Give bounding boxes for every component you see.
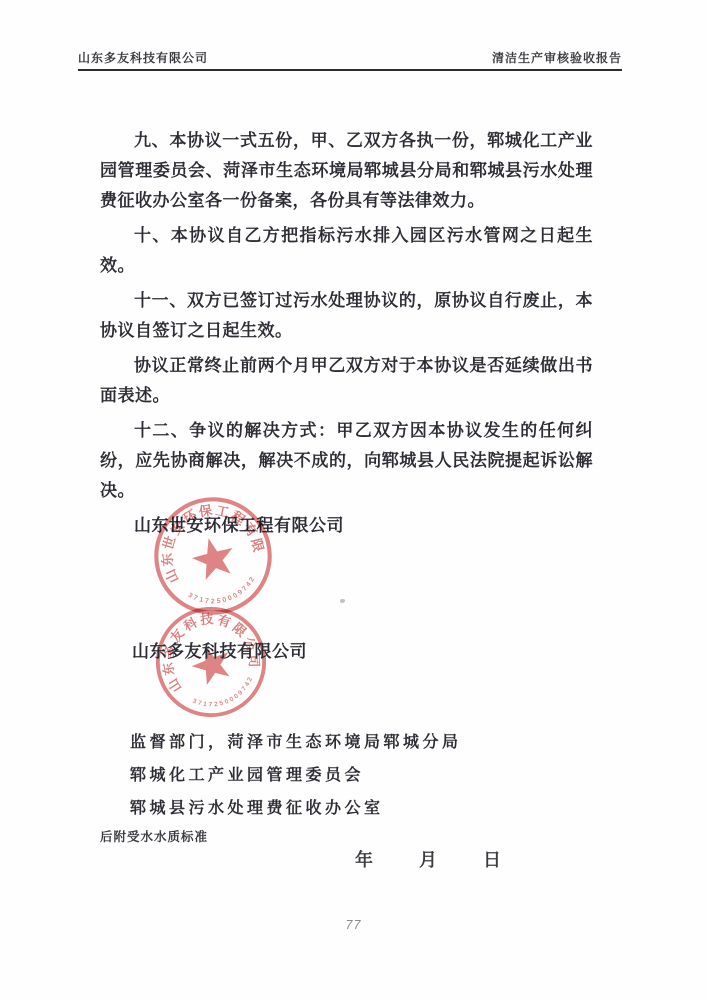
header-company-name: 山东多友科技有限公司 bbox=[78, 49, 208, 66]
date-year-label: 年 bbox=[355, 846, 373, 872]
page-header: 山东多友科技有限公司 清洁生产审核验收报告 bbox=[78, 42, 622, 71]
clause-9: 九、本协议一式五份，甲、乙双方各执一份，郓城化工产业园管理委员会、菏泽市生态环境… bbox=[100, 126, 593, 216]
supervision-line-2: 郓城化工产业园管理委员会 bbox=[130, 759, 462, 792]
clause-11: 十一、双方已签订过污水处理协议的，原协议自行废止，本协议自签订之日起生效。 bbox=[100, 286, 593, 346]
header-report-title: 清洁生产审核验收报告 bbox=[492, 49, 622, 66]
date-day-label: 日 bbox=[483, 846, 501, 872]
date-month-label: 月 bbox=[419, 846, 437, 872]
attachment-note: 后附受水水质标准 bbox=[100, 827, 208, 845]
clause-12: 十二、争议的解决方式：甲乙双方因本协议发生的任何纠纷，应先协商解决，解决不成的，… bbox=[100, 416, 593, 506]
supervision-department-block: 监督部门，菏泽市生态环境局郓城分局 郓城化工产业园管理委员会 郓城县污水处理费征… bbox=[130, 726, 462, 825]
seal-star-icon bbox=[188, 533, 238, 582]
clause-11-note: 协议正常终止前两个月甲乙双方对于本协议是否延续做出书面表述。 bbox=[100, 351, 593, 411]
supervision-line-3: 郓城县污水处理费征收办公室 bbox=[130, 792, 462, 825]
clause-10: 十、本协议自乙方把指标污水排入园区污水管网之日起生效。 bbox=[100, 221, 593, 281]
svg-text:3717250009742: 3717250009742 bbox=[189, 674, 259, 717]
scan-ink-speck bbox=[340, 599, 345, 603]
agreement-body: 九、本协议一式五份，甲、乙双方各执一份，郓城化工产业园管理委员会、菏泽市生态环境… bbox=[100, 126, 593, 541]
signature-company-duoyou: 山东多友科技有限公司 bbox=[132, 637, 307, 662]
seal-registration-number: 3717250009742 bbox=[189, 674, 259, 717]
document-page: 山东多友科技有限公司 清洁生产审核验收报告 九、本协议一式五份，甲、乙双方各执一… bbox=[0, 0, 707, 1000]
page-number: 77 bbox=[0, 918, 707, 932]
date-signature-line: 年 月 日 bbox=[355, 846, 501, 872]
